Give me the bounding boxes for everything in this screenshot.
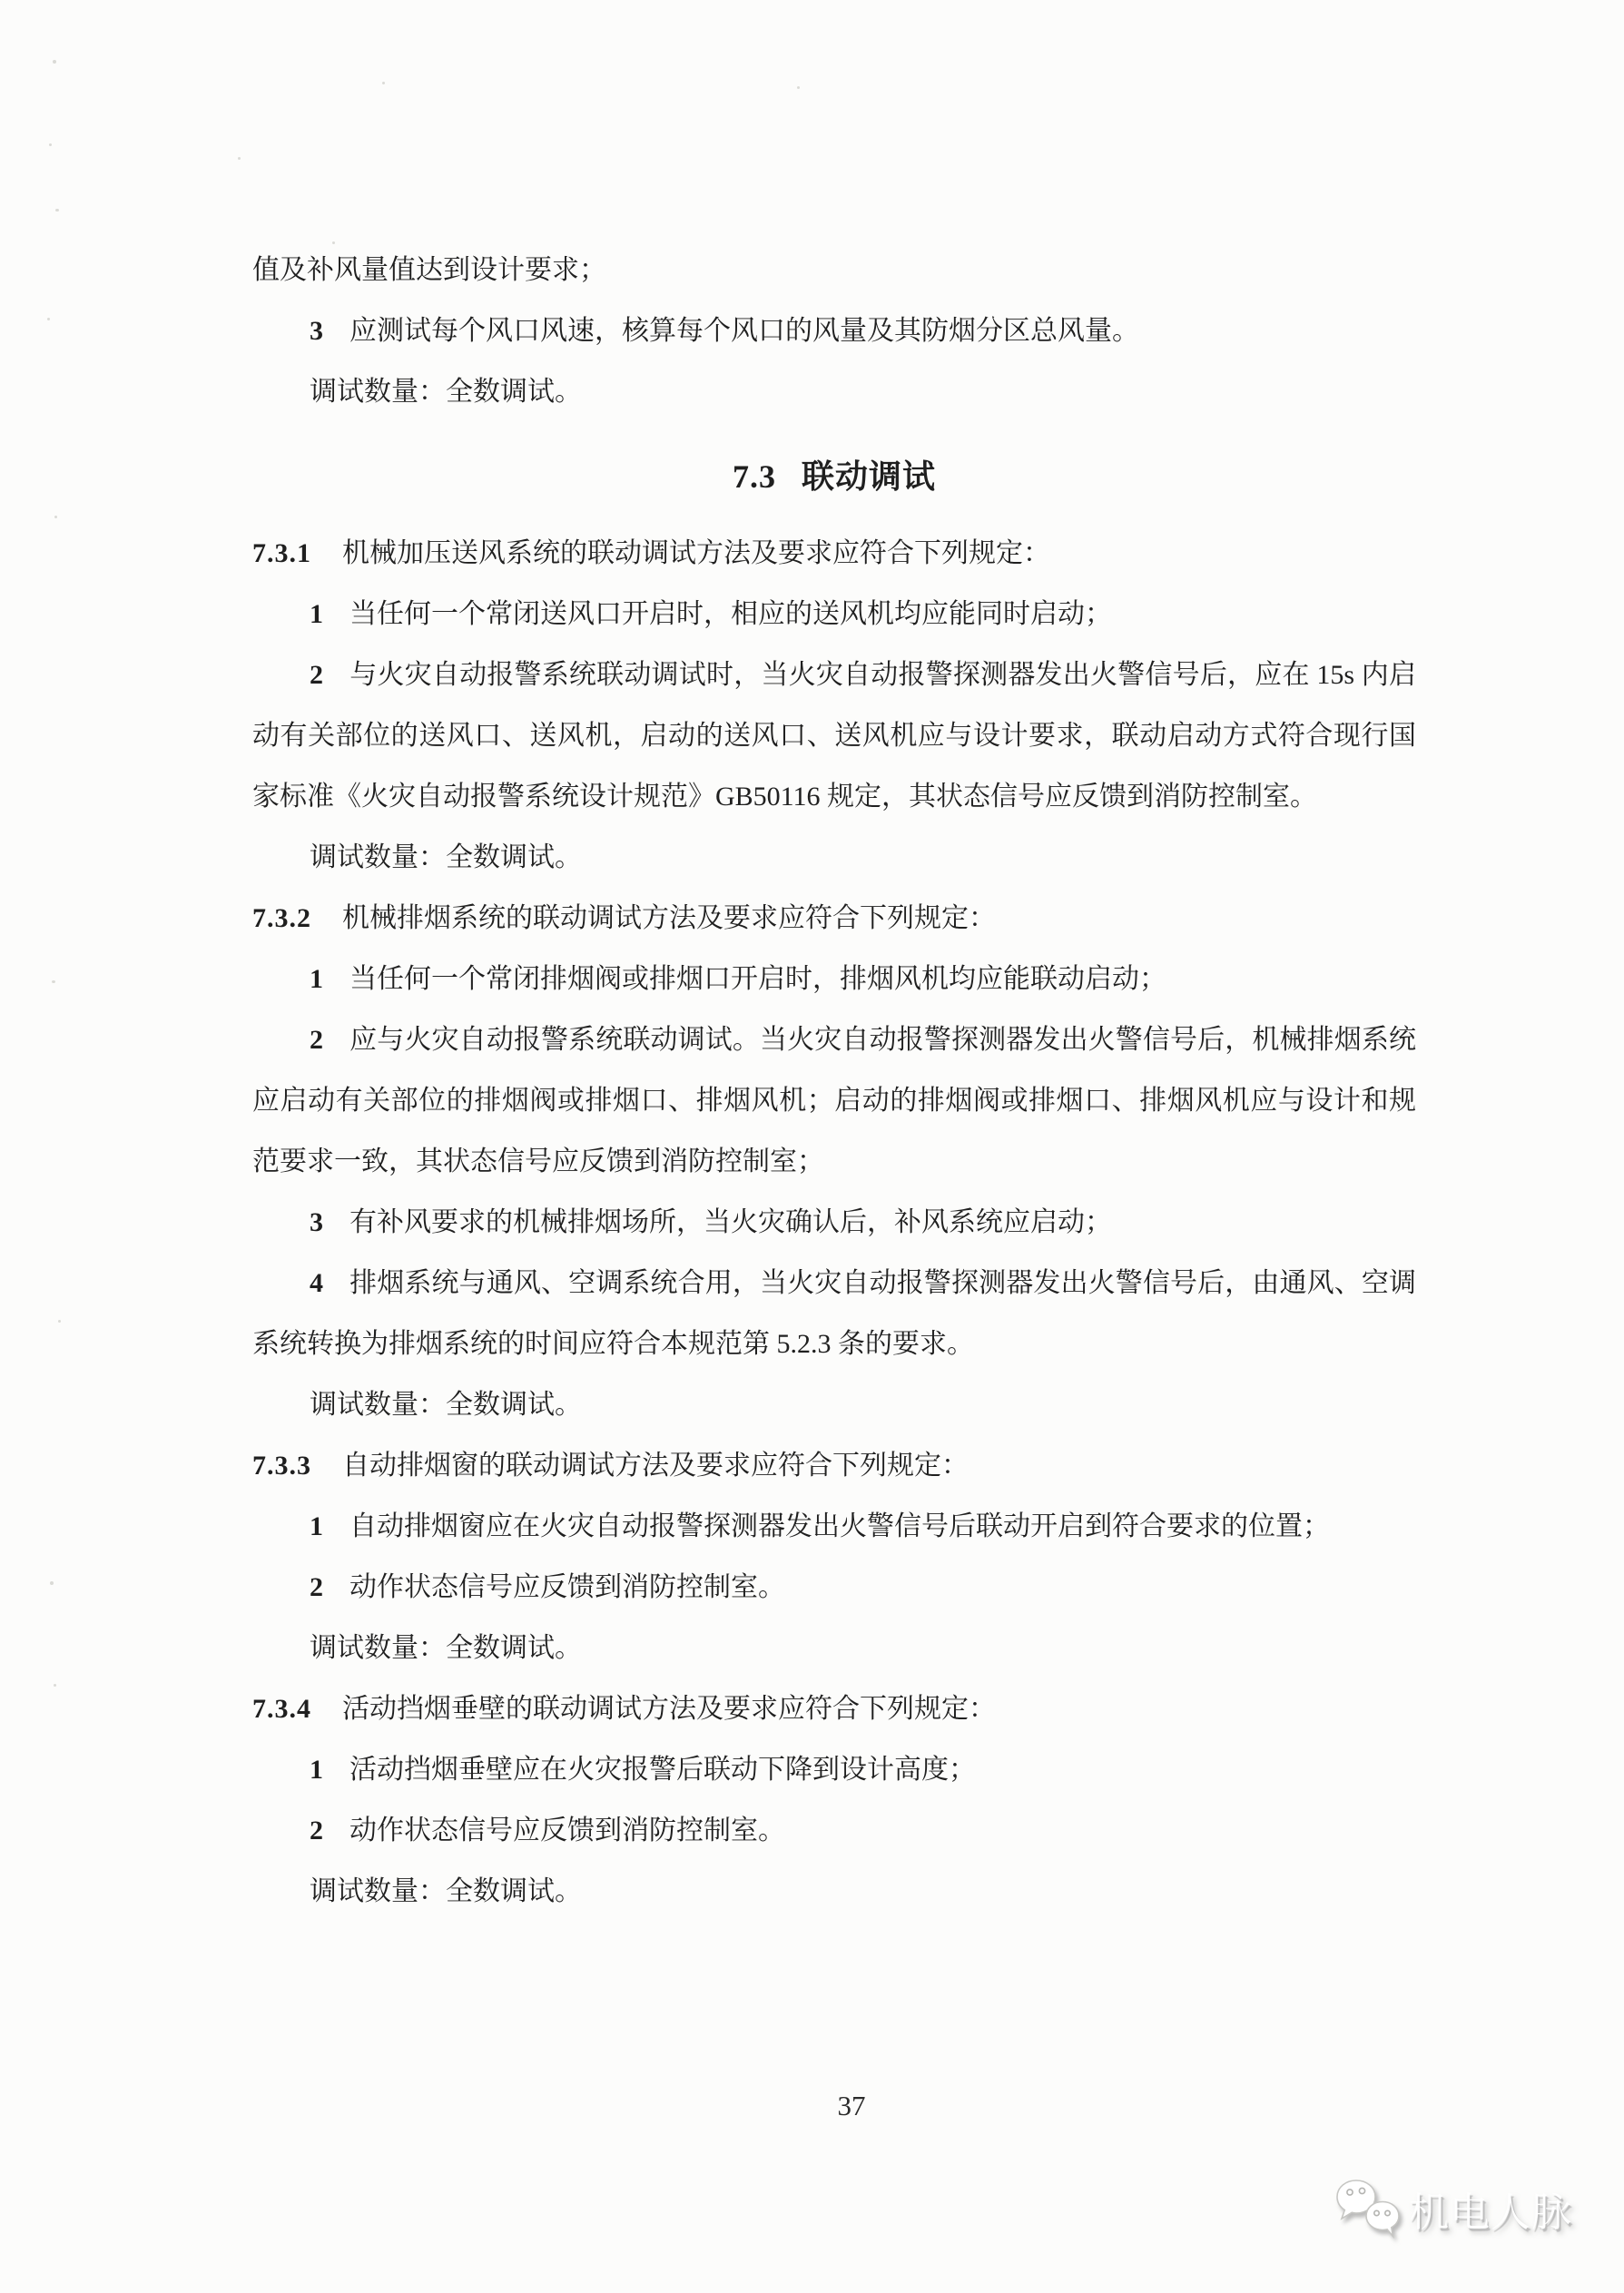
clause-heading: 7.3.4活动挡烟垂壁的联动调试方法及要求应符合下列规定： xyxy=(252,1678,1416,1739)
list-item: 3应测试每个风口风速，核算每个风口的风量及其防烟分区总风量。 xyxy=(252,300,1416,361)
scan-speck xyxy=(49,143,52,146)
watermark: 机电人脉 xyxy=(1334,2179,1572,2239)
item-text: 有补风要求的机械排烟场所，当火灾确认后，补风系统应启动； xyxy=(349,1207,1112,1237)
item-text: 当任何一个常闭送风口开启时，相应的送风机均应能同时启动； xyxy=(349,599,1112,629)
clause-heading: 7.3.2机械排烟系统的联动调试方法及要求应符合下列规定： xyxy=(252,888,1416,949)
scan-speck xyxy=(52,980,55,983)
watermark-label: 机电人脉 xyxy=(1409,2180,1572,2238)
section-title: 联动调试 xyxy=(802,458,936,495)
scan-speck xyxy=(382,82,385,84)
clause-title: 活动挡烟垂壁的联动调试方法及要求应符合下列规定： xyxy=(342,1694,996,1724)
clause-heading: 7.3.1机械加压送风系统的联动调试方法及要求应符合下列规定： xyxy=(252,523,1416,584)
scan-speck xyxy=(238,157,241,160)
list-item: 1当任何一个常闭排烟阀或排烟口开启时，排烟风机均应能联动启动； xyxy=(252,949,1416,1009)
item-text: 活动挡烟垂壁应在火灾报警后联动下降到设计高度； xyxy=(349,1755,976,1785)
bubble-eye xyxy=(1385,2210,1390,2215)
item-text: 应测试每个风口风速，核算每个风口的风量及其防烟分区总风量。 xyxy=(349,316,1139,346)
item-number: 2 xyxy=(310,1572,324,1602)
list-item: 2动作状态信号应反馈到消防控制室。 xyxy=(252,1557,1416,1618)
list-item: 4排烟系统与通风、空调系统合用，当火灾自动报警探测器发出火警信号后，由通风、空调… xyxy=(252,1253,1416,1374)
quantity-note: 调试数量：全数调试。 xyxy=(252,1374,1416,1435)
chat-bubble-small xyxy=(1366,2202,1399,2237)
scan-speck xyxy=(50,1581,54,1585)
list-item: 2与火灾自动报警系统联动调试时，当火灾自动报警探测器发出火警信号后，应在 15s… xyxy=(252,645,1416,827)
section-heading: 7.3联动调试 xyxy=(252,447,1416,507)
intro-continuation-line: 值及补风量值达到设计要求； xyxy=(252,240,1416,300)
clause-number: 7.3.2 xyxy=(252,903,311,933)
quantity-note: 调试数量：全数调试。 xyxy=(252,361,1416,422)
clause-title: 自动排烟窗的联动调试方法及要求应符合下列规定： xyxy=(342,1451,969,1481)
clause-title: 机械加压送风系统的联动调试方法及要求应符合下列规定： xyxy=(342,538,1050,568)
clause-heading: 7.3.3自动排烟窗的联动调试方法及要求应符合下列规定： xyxy=(252,1435,1416,1496)
item-text: 动作状态信号应反馈到消防控制室。 xyxy=(349,1816,785,1845)
scan-speck xyxy=(797,86,800,89)
clause-number: 7.3.1 xyxy=(252,538,311,568)
item-number: 3 xyxy=(310,1207,324,1237)
item-number: 2 xyxy=(310,1816,324,1845)
list-item: 1当任何一个常闭送风口开启时，相应的送风机均应能同时启动； xyxy=(252,584,1416,645)
scan-speck xyxy=(54,516,57,518)
clause-title: 机械排烟系统的联动调试方法及要求应符合下列规定： xyxy=(342,903,996,933)
section-number: 7.3 xyxy=(733,458,776,495)
list-item: 2应与火灾自动报警系统联动调试。当火灾自动报警探测器发出火警信号后，机械排烟系统… xyxy=(252,1009,1416,1192)
item-text: 排烟系统与通风、空调系统合用，当火灾自动报警探测器发出火警信号后，由通风、空调系… xyxy=(252,1268,1416,1359)
quantity-note: 调试数量：全数调试。 xyxy=(252,1618,1416,1678)
scan-speck xyxy=(332,241,335,244)
scan-speck xyxy=(47,318,50,320)
quantity-note: 调试数量：全数调试。 xyxy=(252,827,1416,888)
item-number: 1 xyxy=(310,599,324,629)
item-number: 4 xyxy=(310,1268,324,1298)
item-number: 2 xyxy=(310,1025,324,1055)
list-item: 2动作状态信号应反馈到消防控制室。 xyxy=(252,1800,1416,1861)
item-number: 1 xyxy=(310,1511,324,1541)
document-page: 值及补风量值达到设计要求； 3应测试每个风口风速，核算每个风口的风量及其防烟分区… xyxy=(0,0,1624,2293)
page-content: 值及补风量值达到设计要求； 3应测试每个风口风速，核算每个风口的风量及其防烟分区… xyxy=(252,240,1416,1922)
clause-number: 7.3.3 xyxy=(252,1451,311,1481)
list-item: 1自动排烟窗应在火灾自动报警探测器发出火警信号后联动开启到符合要求的位置； xyxy=(252,1496,1416,1557)
bubble-eye xyxy=(1347,2190,1353,2195)
list-item: 1活动挡烟垂壁应在火灾报警后联动下降到设计高度； xyxy=(252,1739,1416,1800)
bubble-eye xyxy=(1374,2210,1379,2215)
item-number: 1 xyxy=(310,964,324,994)
scan-speck xyxy=(54,1684,56,1687)
item-text: 动作状态信号应反馈到消防控制室。 xyxy=(349,1572,785,1602)
item-number: 2 xyxy=(310,660,324,690)
clause-number: 7.3.4 xyxy=(252,1694,311,1724)
scan-speck xyxy=(58,1320,61,1323)
page-number: 37 xyxy=(838,2090,866,2122)
item-number: 3 xyxy=(310,316,324,346)
list-item: 3有补风要求的机械排烟场所，当火灾确认后，补风系统应启动； xyxy=(252,1192,1416,1253)
bubble-eye xyxy=(1359,2188,1364,2193)
item-text: 应与火灾自动报警系统联动调试。当火灾自动报警探测器发出火警信号后，机械排烟系统应… xyxy=(252,1025,1416,1176)
item-number: 1 xyxy=(310,1755,324,1785)
item-text: 与火灾自动报警系统联动调试时，当火灾自动报警探测器发出火警信号后，应在 15s … xyxy=(252,660,1416,812)
item-text: 当任何一个常闭排烟阀或排烟口开启时，排烟风机均应能联动启动； xyxy=(349,964,1166,994)
scan-speck xyxy=(55,209,59,212)
quantity-note: 调试数量：全数调试。 xyxy=(252,1861,1416,1922)
item-text: 自动排烟窗应在火灾自动报警探测器发出火警信号后联动开启到符合要求的位置； xyxy=(349,1511,1330,1541)
wechat-chat-bubbles-icon xyxy=(1334,2179,1402,2239)
scan-speck xyxy=(53,60,56,64)
